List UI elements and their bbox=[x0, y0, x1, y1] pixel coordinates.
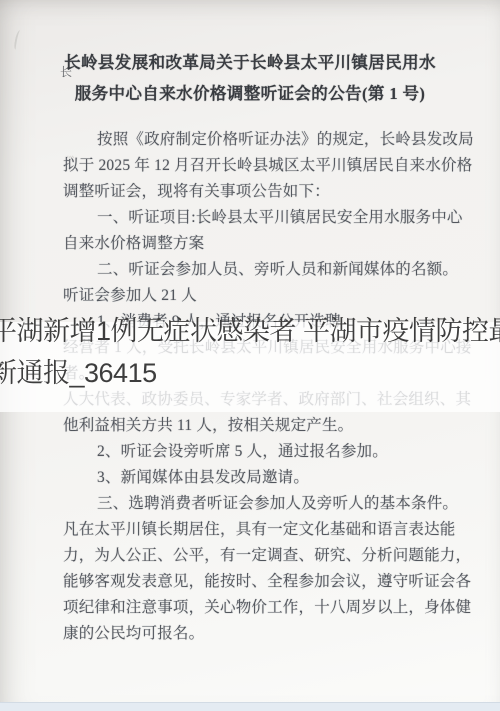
notice-body-line: 康的公民均可报名。 bbox=[63, 621, 442, 647]
notice-body-line: 能够客观发表意见，能按时、全程参加会议，遵守听证会各 bbox=[63, 569, 442, 595]
notice-body-line: 他利益相关方共 11 人，按相关规定产生。 bbox=[63, 413, 442, 439]
notice-body-line: 项纪律和注意事项，关心物价工作，十八周岁以上，身体健 bbox=[63, 595, 442, 621]
notice-body-line: 一、听证项目:长岭县太平川镇居民安全用水服务中心 bbox=[63, 205, 442, 231]
notice-title-line-1: 长岭县发展和改革局关于长岭县太平川镇居民用水 bbox=[0, 47, 500, 78]
notice-title: 长岭县发展和改革局关于长岭县太平川镇居民用水 服务中心自来水价格调整听证会的公告… bbox=[0, 47, 500, 109]
notice-title-line-2: 服务中心自来水价格调整听证会的公告(第 1 号) bbox=[0, 78, 500, 109]
notice-body-line: 力，为人公正、公平，有一定调查、研究、分析问题能力， bbox=[63, 543, 442, 569]
notice-body-line: 按照《政府制定价格听证办法》的规定，长岭县发改局 bbox=[63, 127, 442, 153]
notice-body-line: 凡在太平川镇长期居住，具有一定文化基础和语言表达能 bbox=[63, 517, 442, 543]
headline-caption: 平湖新增1例无症状感染者 平湖市疫情防控最 新通报_36415 bbox=[0, 310, 500, 394]
notice-body-line: 二、听证会参加人员、旁听人员和新闻媒体的名额。 bbox=[63, 257, 442, 283]
bottom-strip bbox=[0, 702, 500, 711]
notice-body-line: 三、选聘消费者听证会参加人及旁听人的基本条件。 bbox=[63, 491, 442, 517]
notice-body-line: 拟于 2025 年 12 月召开长岭县城区太平川镇居民自来水价格 bbox=[63, 153, 442, 179]
notice-body-line: 听证会参加人 21 人 bbox=[63, 283, 442, 309]
notice-body-line: 调整听证会，现将有关事项公告如下： bbox=[63, 179, 442, 205]
headline-caption-line-1: 平湖新增1例无症状感染者 平湖市疫情防控最 bbox=[0, 310, 500, 352]
scanned-notice-screenshot: 长 灬 长岭县发展和改革局关于长岭县太平川镇居民用水 服务中心自来水价格调整听证… bbox=[0, 0, 500, 711]
notice-body-line: 2、听证会设旁听席 5 人，通过报名参加。 bbox=[63, 439, 442, 465]
notice-body-line: 自来水价格调整方案 bbox=[63, 231, 442, 257]
headline-caption-line-2: 新通报_36415 bbox=[0, 352, 500, 394]
notice-body-line: 3、新闻媒体由县发改局邀请。 bbox=[63, 465, 442, 491]
